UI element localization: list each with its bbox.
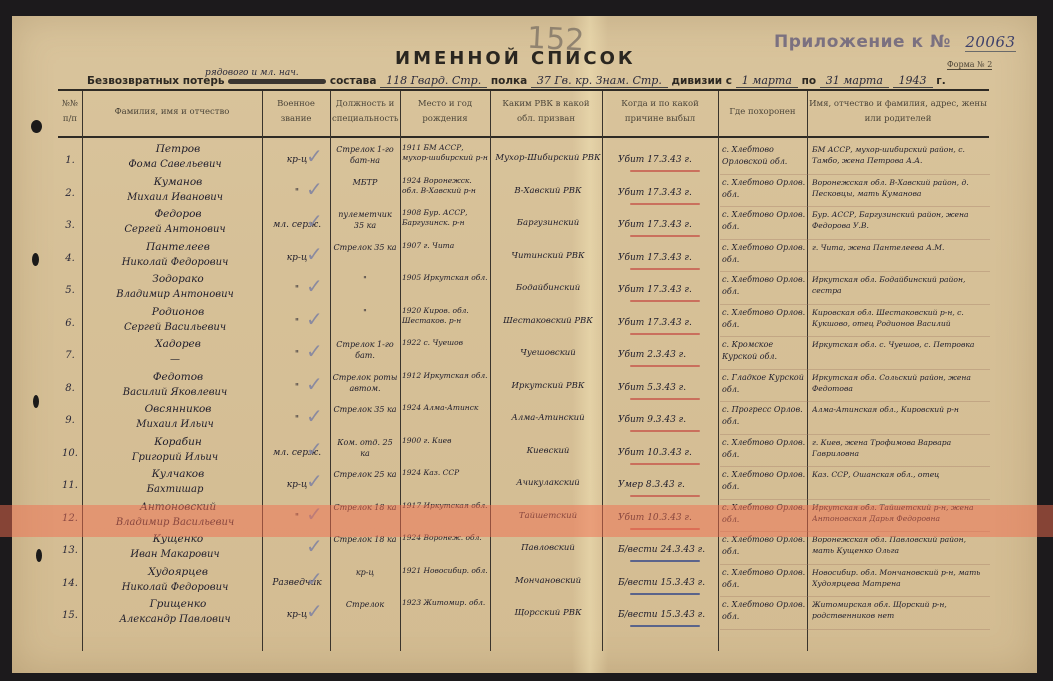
row-number: 15. <box>58 610 82 622</box>
punch-hole <box>32 253 39 266</box>
fate: Убит 5.3.43 г. <box>618 382 718 394</box>
surname: Федотов <box>118 371 238 383</box>
rvk: Чуешовский <box>494 347 602 359</box>
burial-place: с. Хлебтово Орлов. обл. <box>722 469 808 493</box>
appendix-label: Приложение к № <box>774 32 951 52</box>
checkmark-icon: ✓ <box>306 567 323 591</box>
given-names: Николай Федорович <box>90 582 260 594</box>
underline-mark <box>630 495 700 497</box>
row-number: 10. <box>58 448 82 460</box>
fate: Убит 17.3.43 г. <box>618 187 718 199</box>
given-names: Александр Павлович <box>90 614 260 626</box>
header-burial: Где похоронен <box>720 105 805 120</box>
given-names: Сергей Васильевич <box>90 322 260 334</box>
surname: Хадорев <box>118 338 238 350</box>
row-number: 8. <box>58 383 82 395</box>
birthplace-year: 1905 Иркутская обл. <box>402 273 490 283</box>
rvk: Бодайбинский <box>494 282 602 294</box>
burial-place: с. Хлебтово Орлов. обл. <box>722 177 808 201</box>
header-rvk: Каким РВК в какой обл. призван <box>492 97 600 127</box>
position: Стрелок <box>332 599 398 610</box>
position: Стрелок 35 ка <box>332 404 398 415</box>
header-kin: Имя, отчество и фамилия, адрес, жены или… <box>809 97 987 127</box>
header-birthplace: Место и год рождения <box>402 97 488 127</box>
surname: Куманов <box>118 176 238 188</box>
document-title: ИМЕННОЙ СПИСОК <box>395 48 636 69</box>
fate: Убит 9.3.43 г. <box>618 414 718 426</box>
checkmark-icon: ✓ <box>306 534 323 558</box>
sostava-label: состава <box>330 75 377 87</box>
row-number: 11. <box>58 480 82 492</box>
underline-mark <box>630 430 700 432</box>
rvk: Киевский <box>494 445 602 457</box>
checkmark-icon: ✓ <box>306 177 323 201</box>
next-of-kin: Воронежская обл. Павловский район, мать … <box>812 534 990 556</box>
punch-hole <box>33 395 39 408</box>
checkmark-icon: ✓ <box>306 372 323 396</box>
burial-place: с. Хлебтово Орлов. обл. <box>722 437 808 461</box>
position: Ком. отд. 25 ка <box>332 437 398 459</box>
checkmark-icon: ✓ <box>306 274 323 298</box>
checkmark-icon: ✓ <box>306 404 323 428</box>
checkmark-icon: ✓ <box>306 599 323 623</box>
burial-place: с. Прогресс Орлов. обл. <box>722 404 808 428</box>
position: Стрелок 35 ка <box>332 242 398 253</box>
header-number: №№ п/п <box>58 97 82 127</box>
divizii-label: дивизии с <box>672 75 733 87</box>
row-guide-line <box>720 629 990 630</box>
given-names: Василий Яковлевич <box>90 387 260 399</box>
given-names: — <box>90 354 260 366</box>
underline-mark <box>630 625 700 627</box>
surname: Петров <box>118 143 238 155</box>
underline-mark <box>630 170 700 172</box>
burial-place: с. Хлебтово Орлов. обл. <box>722 242 808 266</box>
given-names: Сергей Антонович <box>90 224 260 236</box>
next-of-kin: Житомирская обл. Щорский р-н, родственни… <box>812 599 990 621</box>
next-of-kin: Новосибир. обл. Мончановский р-н, мать Х… <box>812 567 990 589</box>
table-top-rule <box>58 89 989 91</box>
year-suffix: г. <box>936 75 945 87</box>
underline-mark <box>630 203 700 205</box>
fate: Убит 17.3.43 г. <box>618 284 718 296</box>
row-number: 13. <box>58 545 82 557</box>
fate: Б/вести 24.3.43 г. <box>618 544 718 556</box>
given-names: Владимир Антонович <box>90 289 260 301</box>
birthplace-year: 1900 г. Киев <box>402 436 490 446</box>
appendix-number: 20063 <box>965 33 1015 52</box>
birthplace-year: 1911 БМ АССР, мухор-шибирский р-н <box>402 143 490 163</box>
underline-mark <box>630 398 700 400</box>
appendix-stamp: Приложение к № 20063 <box>774 32 1016 52</box>
given-names: Иван Макарович <box>90 549 260 561</box>
given-names: Григорий Ильич <box>90 452 260 464</box>
next-of-kin: Алма-Атинская обл., Кировский р-н <box>812 404 990 415</box>
fate: Убит 17.3.43 г. <box>618 252 718 264</box>
birthplace-year: 1907 г. Чита <box>402 241 490 251</box>
surname: Кущенко <box>118 533 238 545</box>
to-label: по <box>802 75 816 87</box>
fate: Убит 2.3.43 г. <box>618 349 718 361</box>
rvk: Иркутский РВК <box>494 380 602 392</box>
polka-value: 37 Гв. кр. Знам. Стр. <box>531 74 668 88</box>
next-of-kin: г. Чита, жена Пантелеева А.М. <box>812 242 990 253</box>
rvk: Ачикулакский <box>494 477 602 489</box>
birthplace-year: 1920 Киров. обл. Шестаков. р-н <box>402 306 490 326</box>
birthplace-year: 1924 Алма-Атинск <box>402 403 490 413</box>
given-names: Владимир Васильевич <box>90 517 260 529</box>
row-number: 5. <box>58 285 82 297</box>
fate: Б/вести 15.3.43 г. <box>618 609 718 621</box>
next-of-kin: Бур. АССР, Баргузинский район, жена Федо… <box>812 209 990 231</box>
checkmark-icon: ✓ <box>306 469 323 493</box>
next-of-kin: Иркутская обл. с. Чуешов, с. Петровка <box>812 339 990 350</box>
next-of-kin: Воронежская обл. В-Хавский район, д. Пес… <box>812 177 990 199</box>
rvk: Шестаковский РВК <box>494 315 602 327</box>
checkmark-icon: ✓ <box>306 339 323 363</box>
checkmark-icon: ✓ <box>306 437 323 461</box>
birthplace-year: 1908 Бур. АССР, Баргузинск. р-н <box>402 208 490 228</box>
rvk: Читинский РВК <box>494 250 602 262</box>
burial-place: с. Хлебтово Орловской обл. <box>722 144 808 168</box>
document-subtitle: Безвозвратных потерь состава 118 Гвард. … <box>87 74 980 87</box>
checkmark-icon: ✓ <box>306 242 323 266</box>
fate: Убит 17.3.43 г. <box>618 317 718 329</box>
given-names: Михаил Ильич <box>90 419 260 431</box>
date-to: 31 марта <box>820 74 889 88</box>
next-of-kin: Иркутская обл. Сольский район, жена Федо… <box>812 372 990 394</box>
birthplace-year: 1924 Каз. ССР <box>402 468 490 478</box>
form-label: Форма № 2 <box>947 60 992 70</box>
header-position: Должность и специальность <box>332 97 398 127</box>
position: " <box>332 307 398 318</box>
row-number: 12. <box>58 513 82 525</box>
checkmark-icon: ✓ <box>306 144 323 168</box>
surname: Зодорако <box>118 273 238 285</box>
row-number: 7. <box>58 350 82 362</box>
burial-place: с. Хлебтово Орлов. обл. <box>722 209 808 233</box>
position: Стрелок 25 ка <box>332 469 398 480</box>
position: Стрелок 18 ка <box>332 534 398 545</box>
underline-mark <box>630 300 700 302</box>
underline-mark <box>630 593 700 595</box>
surname: Пантелеев <box>118 241 238 253</box>
birthplace-year: 1924 Воронежск. обл. В-Хавский р-н <box>402 176 490 196</box>
surname: Корабин <box>118 436 238 448</box>
next-of-kin: БМ АССР, мухор-шибирский район, с. Тамбо… <box>812 144 990 166</box>
position: кр-ц <box>332 567 398 578</box>
surname: Федоров <box>118 208 238 220</box>
rvk: Баргузинский <box>494 217 602 229</box>
birthplace-year: 1912 Иркутская обл. <box>402 371 490 381</box>
rvk: Тайшетский <box>494 510 602 522</box>
fate: Убит 10.3.43 г. <box>618 512 718 524</box>
fate: Б/вести 15.3.43 г. <box>618 577 718 589</box>
position: " <box>332 274 398 285</box>
birthplace-year: 1921 Новосибир. обл. <box>402 566 490 576</box>
position: Стрелок 1-го бат-на <box>332 144 398 166</box>
header-fate: Когда и по какой причине выбыл <box>604 97 716 127</box>
polka-label: полка <box>491 75 527 87</box>
burial-place: с. Хлебтово Орлов. обл. <box>722 599 808 623</box>
checkmark-icon: ✓ <box>306 209 323 233</box>
underline-mark <box>630 528 700 530</box>
position: пулеметчик 35 ка <box>332 209 398 231</box>
checkmark-icon: ✓ <box>306 502 323 526</box>
struck-out-text <box>228 79 326 84</box>
birthplace-year: 1924 Воронеж. обл. <box>402 533 490 543</box>
row-number: 6. <box>58 318 82 330</box>
underline-mark <box>630 463 700 465</box>
surname: Грищенко <box>118 598 238 610</box>
row-number: 14. <box>58 578 82 590</box>
burial-place: с. Хлебтово Орлов. обл. <box>722 307 808 331</box>
burial-place: с. Хлебтово Орлов. обл. <box>722 502 808 526</box>
table-header-rule <box>58 136 989 138</box>
rvk: Павловский <box>494 542 602 554</box>
burial-place: с. Хлебтово Орлов. обл. <box>722 534 808 558</box>
underline-mark <box>630 333 700 335</box>
position: МБТР <box>332 177 398 188</box>
fate: Убит 17.3.43 г. <box>618 154 718 166</box>
row-number: 4. <box>58 253 82 265</box>
rvk: Щорсский РВК <box>494 607 602 619</box>
next-of-kin: Иркутская обл. Бодайбинский район, сестр… <box>812 274 990 296</box>
given-names: Николай Федорович <box>90 257 260 269</box>
burial-place: с. Хлебтово Орлов. обл. <box>722 567 808 591</box>
fate: Убит 17.3.43 г. <box>618 219 718 231</box>
date-from: 1 марта <box>736 74 798 88</box>
rvk: Мончановский <box>494 575 602 587</box>
position: Стрелок роты автом. <box>332 372 398 394</box>
given-names: Михаил Иванович <box>90 192 260 204</box>
surname: Овсянников <box>118 403 238 415</box>
burial-place: с. Кромское Курской обл. <box>722 339 808 363</box>
row-number: 1. <box>58 155 82 167</box>
next-of-kin: Иркутская обл. Тайшетский р-н, жена Анто… <box>812 502 990 524</box>
row-number: 2. <box>58 188 82 200</box>
rvk: В-Хавский РВК <box>494 185 602 197</box>
row-number: 3. <box>58 220 82 232</box>
fate: Умер 8.3.43 г. <box>618 479 718 491</box>
given-names: Фома Савельевич <box>90 159 260 171</box>
year-value: 1943 <box>893 74 933 88</box>
sostava-value: 118 Гвард. Стр. <box>380 74 487 88</box>
birthplace-year: 1917 Иркутская обл. <box>402 501 490 511</box>
surname: Худоярцев <box>118 566 238 578</box>
rvk: Алма-Атинский <box>494 412 602 424</box>
birthplace-year: 1923 Житомир. обл. <box>402 598 490 608</box>
rvk: Мухор-Шибирский РВК <box>494 152 602 164</box>
punch-hole <box>31 120 42 133</box>
next-of-kin: Каз. ССР, Ошанская обл., отец <box>812 469 990 480</box>
burial-place: с. Гладкое Курской обл. <box>722 372 808 396</box>
header-rank: Военное звание <box>264 97 328 127</box>
next-of-kin: Кировская обл. Шестаковский р-н, с. Кукш… <box>812 307 990 329</box>
birthplace-year: 1922 с. Чуешов <box>402 338 490 348</box>
underline-mark <box>630 235 700 237</box>
fate: Убит 10.3.43 г. <box>618 447 718 459</box>
underline-mark <box>630 268 700 270</box>
subtitle-prefix: Безвозвратных потерь <box>87 75 225 87</box>
surname: Кулчаков <box>118 468 238 480</box>
burial-place: с. Хлебтово Орлов. обл. <box>722 274 808 298</box>
underline-mark <box>630 365 700 367</box>
checkmark-icon: ✓ <box>306 307 323 331</box>
surname: Антоновский <box>118 501 238 513</box>
underline-mark <box>630 560 700 562</box>
position: Стрелок 1-го бат. <box>332 339 398 361</box>
given-names: Бахтишар <box>90 484 260 496</box>
next-of-kin: г. Киев, жена Трофимова Варвара Гаврилов… <box>812 437 990 459</box>
row-number: 9. <box>58 415 82 427</box>
punch-hole <box>36 549 42 562</box>
surname: Родионов <box>118 306 238 318</box>
header-full-name: Фамилия, имя и отчество <box>84 105 260 120</box>
position: Стрелок 18 ка <box>332 502 398 513</box>
